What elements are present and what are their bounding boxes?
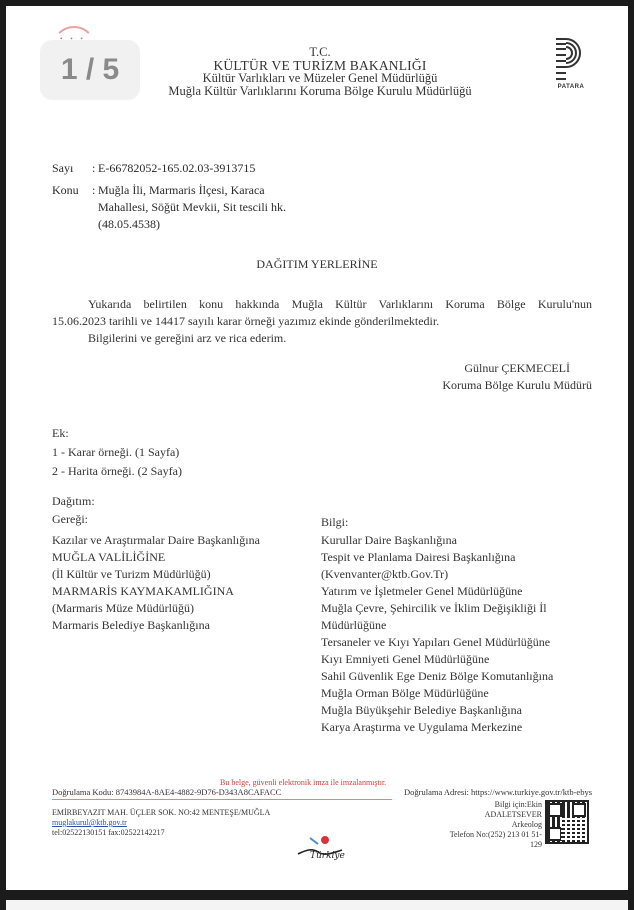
recipient-item: Müdürlüğüne <box>321 617 553 634</box>
office-phone-fax: tel:02522130151 fax:02522142217 <box>52 828 270 838</box>
svg-text:Türkiye: Türkiye <box>310 851 345 861</box>
attachments: Ek: 1 - Karar örneği. (1 Sayfa) 2 - Hari… <box>52 424 182 481</box>
recipient-item: Karya Araştırma ve Uygulama Merkezine <box>321 719 553 736</box>
subject-line: Muğla İli, Marmaris İlçesi, Karaca <box>98 182 358 199</box>
subject-label: Konu <box>52 182 92 199</box>
esign-notice: Bu belge, güvenli elektronik imza ile im… <box>220 778 386 787</box>
attachment-item: 1 - Karar örneği. (1 Sayfa) <box>52 443 182 462</box>
contact-line: Arkeolog <box>450 820 542 830</box>
recipient-item: Tersaneler ve Kıyı Yapıları Genel Müdürl… <box>321 634 553 651</box>
subject-line: Mahallesi, Söğüt Mevkii, Sit tescili hk. <box>98 199 358 216</box>
viewer-bottom-bar <box>0 890 634 900</box>
letterhead-regional-office: Muğla Kültür Varlıklarını Koruma Bölge K… <box>140 85 500 98</box>
attachments-label: Ek: <box>52 424 182 443</box>
info-recipients-label: Bilgi: <box>321 514 553 531</box>
verification-address[interactable]: Doğrulama Adresi: https://www.turkiye.go… <box>404 787 592 797</box>
contact-line: Telefon No:(252) 213 01 51- <box>450 830 542 840</box>
recipient-item: Kıyı Emniyeti Genel Müdürlüğüne <box>321 651 553 668</box>
contact-line: 129 <box>450 840 542 850</box>
recipient-item: Tespit ve Planlama Dairesi Başkanlığına <box>321 549 553 566</box>
reference-number-row: Sayı:E-66782052-165.02.03-3913715 <box>52 160 255 177</box>
recipient-item: (Marmaris Müze Müdürlüğü) <box>52 600 260 617</box>
signatory-name: Gülnur ÇEKMECELİ <box>442 360 570 377</box>
reference-number-label: Sayı <box>52 160 92 177</box>
verification-code: Doğrulama Kodu: 8743984A-8AE4-4882-9D76-… <box>52 787 281 797</box>
recipient-item: Marmaris Belediye Başkanlığına <box>52 617 260 634</box>
signature-block: Gülnur ÇEKMECELİ Koruma Bölge Kurulu Müd… <box>442 360 592 394</box>
recipient-item: Sahil Güvenlik Ege Deniz Bölge Komutanlı… <box>321 668 553 685</box>
distribution-header: Dağıtım: Gereği: <box>52 492 95 528</box>
recipient-item: Muğla Büyükşehir Belediye Başkanlığına <box>321 702 553 719</box>
distribution-label: Dağıtım: <box>52 492 95 510</box>
recipient-item: MARMARİS KAYMAKAMLIĞINA <box>52 583 260 600</box>
body-paragraph-1-line-1: Yukarıda belirtilen konu hakkında Muğla … <box>52 296 592 313</box>
office-contact: EMİRBEYAZIT MAH. ÜÇLER SOK. NO:42 MENTEŞ… <box>52 808 270 838</box>
action-recipients-list: Kazılar ve Araştırmalar Daire Başkanlığı… <box>52 532 260 634</box>
recipient-item: MUĞLA VALİLİĞİNE <box>52 549 260 566</box>
recipient-item: (İl Kültür ve Turizm Müdürlüğü) <box>52 566 260 583</box>
page-indicator: 1 / 5 <box>40 40 140 100</box>
document-title: DAĞITIM YERLERİNE <box>0 257 634 272</box>
body-paragraph-1-line-2: 15.06.2023 tarihli ve 14417 sayılı karar… <box>52 313 592 330</box>
subject-row: Konu: Muğla İli, Marmaris İlçesi, Karaca… <box>52 182 98 199</box>
verification-row: Doğrulama Kodu: 8743984A-8AE4-4882-9D76-… <box>52 787 592 797</box>
recipient-item: Kazılar ve Araştırmalar Daire Başkanlığı… <box>52 532 260 549</box>
recipient-item: Muğla Çevre, Şehircilik ve İklim Değişik… <box>321 600 553 617</box>
attachment-item: 2 - Harita örneği. (2 Sayfa) <box>52 462 182 481</box>
office-address: EMİRBEYAZIT MAH. ÜÇLER SOK. NO:42 MENTEŞ… <box>52 808 270 818</box>
qr-code-icon <box>545 800 589 844</box>
recipient-item: Muğla Orman Bölge Müdürlüğüne <box>321 685 553 702</box>
contact-person: Bilgi için:Ekin ADALETSEVER Arkeolog Tel… <box>450 800 542 850</box>
info-recipients-list: Bilgi: Kurullar Daire Başkanlığına Tespi… <box>321 514 553 736</box>
contact-line: Bilgi için:Ekin <box>450 800 542 810</box>
patara-logo-label: PATARA <box>548 84 594 90</box>
recipient-item: Kurullar Daire Başkanlığına <box>321 532 553 549</box>
recipient-item: Yatırım ve İşletmeler Genel Müdürlüğüne <box>321 583 553 600</box>
office-email-link[interactable]: muglakurul@ktb.gov.tr <box>52 818 270 828</box>
signatory-title: Koruma Bölge Kurulu Müdürü <box>442 377 592 394</box>
reference-number-value: E-66782052-165.02.03-3913715 <box>98 161 255 175</box>
footer-divider <box>52 799 392 800</box>
recipient-item: (Kvenvanter@ktb.Gov.Tr) <box>321 566 553 583</box>
next-page-edge <box>6 900 628 910</box>
body-paragraph-2: Bilgilerini ve gereğini arz ve rica eder… <box>52 330 592 347</box>
turkiye-brand-logo-icon: Türkiye <box>296 832 346 862</box>
document-body: Yukarıda belirtilen konu hakkında Muğla … <box>52 296 592 347</box>
action-recipients-label: Gereği: <box>52 510 95 528</box>
letterhead: T.C. KÜLTÜR VE TURİZM BAKANLIĞI Kültür V… <box>140 46 500 98</box>
subject-value: Muğla İli, Marmaris İlçesi, Karaca Mahal… <box>98 182 358 233</box>
contact-line: ADALETSEVER <box>450 810 542 820</box>
subject-line: (48.05.4538) <box>98 216 358 233</box>
